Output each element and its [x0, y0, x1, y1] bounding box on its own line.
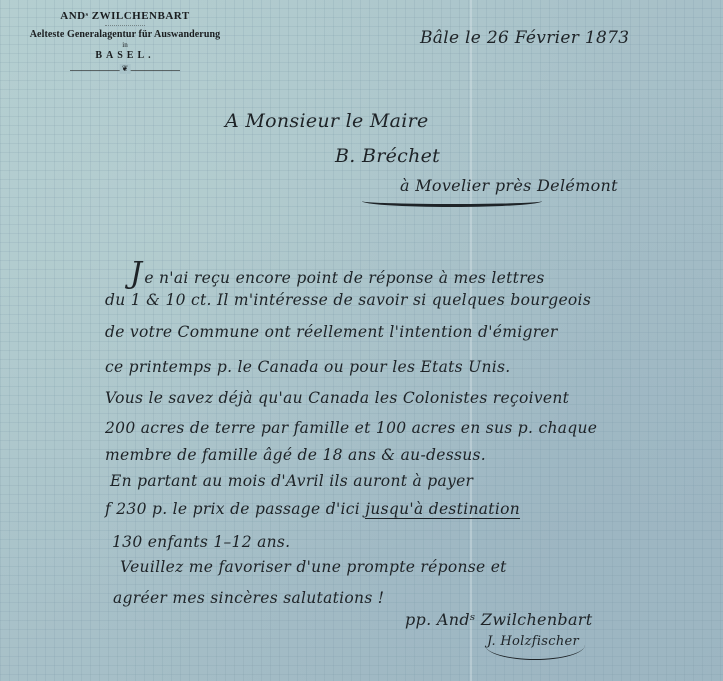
letter-body-line-12: agréer mes sincères salutations !	[113, 589, 384, 607]
signature-firm: pp. Andˢ Zwilchenbart	[405, 610, 592, 629]
letterhead: ANDˢ ZWILCHENBART Aelteste Generalagentu…	[0, 10, 250, 73]
drop-cap: J	[130, 256, 142, 291]
letter-body-line-7: membre de famille âgé de 18 ans & au-des…	[105, 446, 486, 464]
letter-body-line-5: Vous le savez déjà qu'au Canada les Colo…	[105, 389, 569, 407]
letter-body-line-1: Je n'ai reçu encore point de réponse à m…	[130, 256, 545, 291]
underlined-destination: jusqu'à destination	[365, 500, 520, 519]
address-recipient-name: B. Bréchet	[335, 145, 440, 167]
signature-flourish	[485, 645, 585, 660]
letterhead-divider	[105, 25, 145, 27]
dateline: Bâle le 26 Février 1873	[420, 28, 629, 48]
address-recipient-location: à Movelier près Delémont	[400, 176, 618, 195]
letter-body-line-10: 130 enfants 1–12 ans.	[112, 533, 290, 551]
letter-body-line-3: de votre Commune ont réellement l'intent…	[105, 323, 558, 341]
address-underline-flourish	[362, 200, 542, 207]
letter-body-line-8: En partant au mois d'Avril ils auront à …	[110, 472, 473, 490]
line-text: e n'ai reçu encore point de réponse à me…	[144, 269, 544, 287]
line-text: f 230 p. le prix de passage d'ici	[105, 500, 360, 518]
letterhead-firm-name: ANDˢ ZWILCHENBART	[0, 10, 250, 22]
letter-body-line-11: Veuillez me favoriser d'une prompte répo…	[120, 558, 507, 576]
ornament-icon: ❦	[120, 64, 131, 74]
address-recipient-title: A Monsieur le Maire	[225, 110, 429, 132]
letterhead-ornament: ❦	[70, 67, 180, 73]
letter-body-line-9: f 230 p. le prix de passage d'ici jusqu'…	[105, 500, 520, 518]
letterhead-in: in	[0, 41, 250, 49]
letter-body-line-6: 200 acres de terre par famille et 100 ac…	[105, 419, 597, 437]
letter-body-line-4: ce printemps p. le Canada ou pour les Et…	[105, 358, 511, 376]
letter-body-line-2: du 1 & 10 ct. Il m'intéresse de savoir s…	[105, 291, 591, 309]
letterhead-city: BASEL.	[0, 50, 250, 61]
letterhead-agency: Aelteste Generalagentur für Auswanderung	[0, 29, 250, 40]
